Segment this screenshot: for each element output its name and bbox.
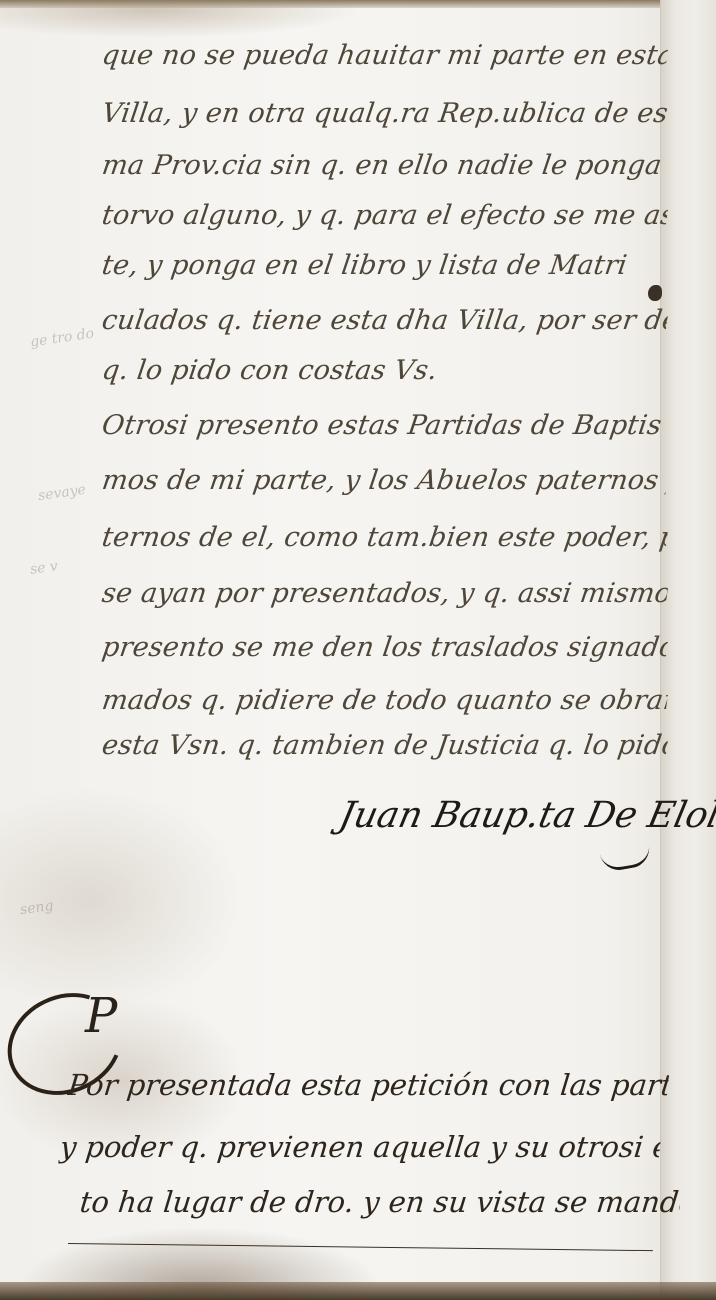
bleed-text: sevaye [37,482,87,505]
manuscript-page: ge tro do sevaye se v seng que no se pue… [0,0,716,1300]
signature-rubric [598,834,653,873]
body-line-8: Otrosi presento estas Partidas de Baptis [100,410,669,441]
body-line-6: culados q. tiene esta dha Villa, por ser… [100,305,669,336]
body-line-4: torvo alguno, y q. para el efecto se me … [100,200,669,231]
bleed-through-text: ge tro do sevaye se v seng [0,0,110,1000]
body-line-9: mos de mi parte, y los Abuelos paternos … [100,465,669,496]
body-line-11: se ayan por presentados, y q. assi mismo… [100,578,669,609]
signature: Juan Baup.ta De Elola [336,795,716,836]
closing-rule-line [68,1243,653,1251]
body-line-13: mados q. pidiere de todo quanto se obrar… [100,685,669,716]
ink-blot [648,285,662,301]
page-fold-binding [660,0,716,1300]
body-line-3: ma Prov.cia sin q. en ello nadie le pong… [100,150,669,181]
body-line-12: presento se me den los traslados signado… [100,632,669,663]
body-line-14: esta Vsn. q. tambien de Justicia q. lo p… [100,730,669,761]
bleed-text: se v [29,558,59,578]
decree-line-1: Por presentada esta petición con las par… [66,1068,670,1102]
decree-line-2: y poder q. previenen aquella y su otrosi… [58,1130,662,1164]
body-line-10: ternos de el, como tam.bien este poder, … [100,522,669,553]
body-line-2: Villa, y en otra qualq.ra Rep.ublica de … [100,98,669,129]
body-line-1: que no se pueda hauitar mi parte en esta… [100,40,669,71]
body-line-7: q. lo pido con costas Vs. [100,355,669,386]
decorated-initial-letter: P [85,988,117,1044]
body-line-5: te, y ponga en el libro y lista de Matri [100,250,669,281]
page-bottom-stain [0,1282,716,1300]
decree-line-3: to ha lugar de dro. y en su vista se man… [78,1185,682,1219]
bleed-text: seng [19,898,54,919]
bleed-text: ge tro do [29,326,95,351]
